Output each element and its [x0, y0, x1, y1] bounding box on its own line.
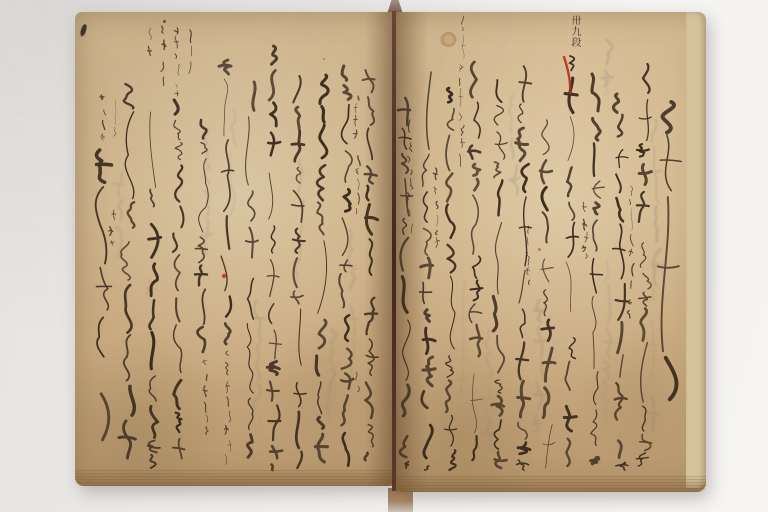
book-spine-bottom-edge — [388, 488, 413, 512]
binding-gutter — [392, 11, 396, 491]
page-bottom-edge — [396, 475, 706, 492]
red-correction-marks — [222, 57, 570, 278]
interlinear-gloss — [114, 100, 117, 136]
paper-speck — [323, 58, 325, 60]
interlinear-gloss — [627, 300, 631, 318]
interlinear-gloss — [161, 26, 166, 86]
interlinear-gloss — [148, 28, 152, 56]
book-spine-top-edge — [387, 0, 403, 14]
interlinear-gloss — [526, 226, 530, 285]
interlinear-gloss — [459, 16, 465, 167]
interlinear-gloss — [174, 28, 180, 96]
calligraphy-columns — [96, 46, 682, 470]
left-page — [75, 12, 393, 486]
right-page — [396, 12, 706, 492]
interlinear-gloss — [353, 96, 360, 214]
page-bottom-edge — [75, 469, 393, 486]
interlinear-gloss — [224, 351, 231, 464]
interlinear-gloss — [203, 360, 208, 435]
interlinear-gloss — [407, 120, 413, 233]
interlinear-gloss — [582, 202, 588, 259]
page-fore-edge-stack — [686, 12, 706, 488]
red-dot-mark — [222, 274, 226, 278]
interlinear-gloss — [356, 372, 360, 392]
interlinear-gloss — [100, 95, 106, 140]
calligraphy-layer — [0, 0, 768, 512]
interlinear-gloss — [629, 186, 634, 288]
ink-smudge — [80, 24, 88, 37]
photo-backdrop: 卅九段 — [0, 0, 768, 512]
interlinear-gloss — [109, 210, 116, 245]
ink-bleed-through — [114, 40, 664, 450]
paper-speck — [163, 20, 166, 23]
paper-speck — [538, 248, 541, 251]
interlinear-gloss — [433, 168, 439, 248]
paper-stain — [440, 32, 457, 47]
interlinear-gloss — [189, 30, 192, 74]
section-number-marker: 卅九段 — [566, 15, 582, 61]
interlinear-glosses — [100, 16, 634, 464]
